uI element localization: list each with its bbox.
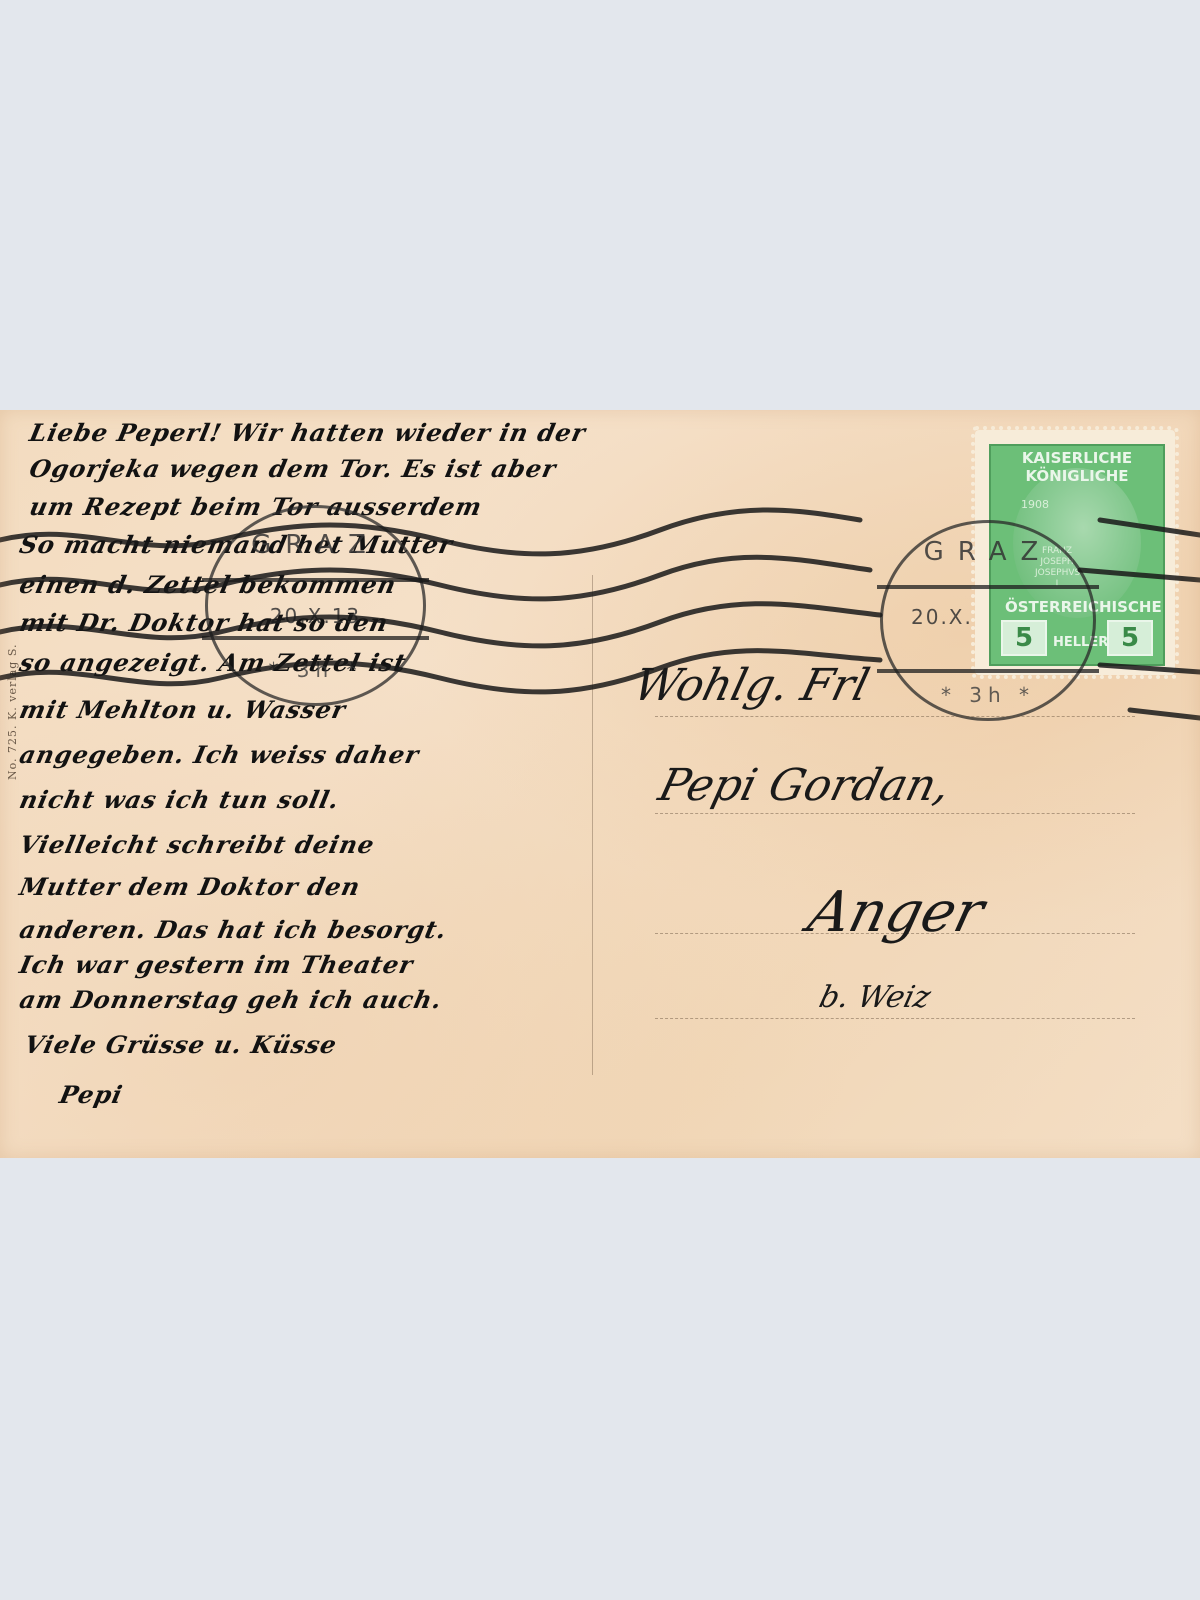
- postmark-bar: [202, 636, 429, 640]
- message-line: um Rezept beim Tor ausserdem: [27, 492, 485, 521]
- message-line: Vielleicht schreibt deine: [17, 830, 378, 859]
- address-region: b. Weiz: [816, 980, 935, 1015]
- stamp-year: 1908: [1021, 498, 1049, 511]
- divider-line: [592, 575, 593, 1075]
- message-signature: Pepi: [57, 1080, 126, 1109]
- message-line: Ich war gestern im Theater: [17, 950, 416, 979]
- postmark-hour: * 3h *: [208, 658, 423, 682]
- postmark-bar: [877, 669, 1099, 673]
- postmark-left: GRAZ 20.X.13 * 3h *: [205, 505, 426, 706]
- message-line: nicht was ich tun soll.: [17, 785, 342, 814]
- postcard: No. 725. K. verlag S. Liebe Peperl! Wir …: [0, 410, 1200, 1158]
- postmark-city: GRAZ: [883, 537, 1093, 567]
- postmark-date: 20.X.13: [208, 604, 423, 628]
- postmark-date: 20.X.: [883, 605, 1121, 629]
- postmark-right: GRAZ 20.X. * 3h *: [880, 520, 1096, 721]
- postmark-city: GRAZ: [208, 530, 423, 560]
- message-line: Ogorjeka wegen dem Tor. Es ist aber: [27, 454, 559, 483]
- postmark-bar: [202, 578, 429, 582]
- postmark-hour: * 3h *: [883, 683, 1093, 707]
- address-name: Pepi Gordan,: [654, 760, 956, 811]
- address-line: [655, 716, 1135, 717]
- address-line: [655, 813, 1135, 814]
- message-line: Viele Grüsse u. Küsse: [22, 1030, 340, 1059]
- address-salutation: Wohlg. Frl: [629, 660, 875, 711]
- message-line: Mutter dem Doktor den: [17, 872, 363, 901]
- address-line: [655, 1018, 1135, 1019]
- address-place: Anger: [802, 880, 990, 945]
- message-line: am Donnerstag geh ich auch.: [17, 985, 445, 1014]
- message-line: Liebe Peperl! Wir hatten wieder in der: [27, 418, 589, 447]
- postmark-bar: [877, 585, 1099, 589]
- message-line: angegeben. Ich weiss daher: [17, 740, 422, 769]
- stamp-top-text: KAISERLICHE KÖNIGLICHE: [997, 449, 1157, 485]
- message-line: anderen. Das hat ich besorgt.: [17, 915, 450, 944]
- printer-imprint: No. 725. K. verlag S.: [6, 644, 19, 780]
